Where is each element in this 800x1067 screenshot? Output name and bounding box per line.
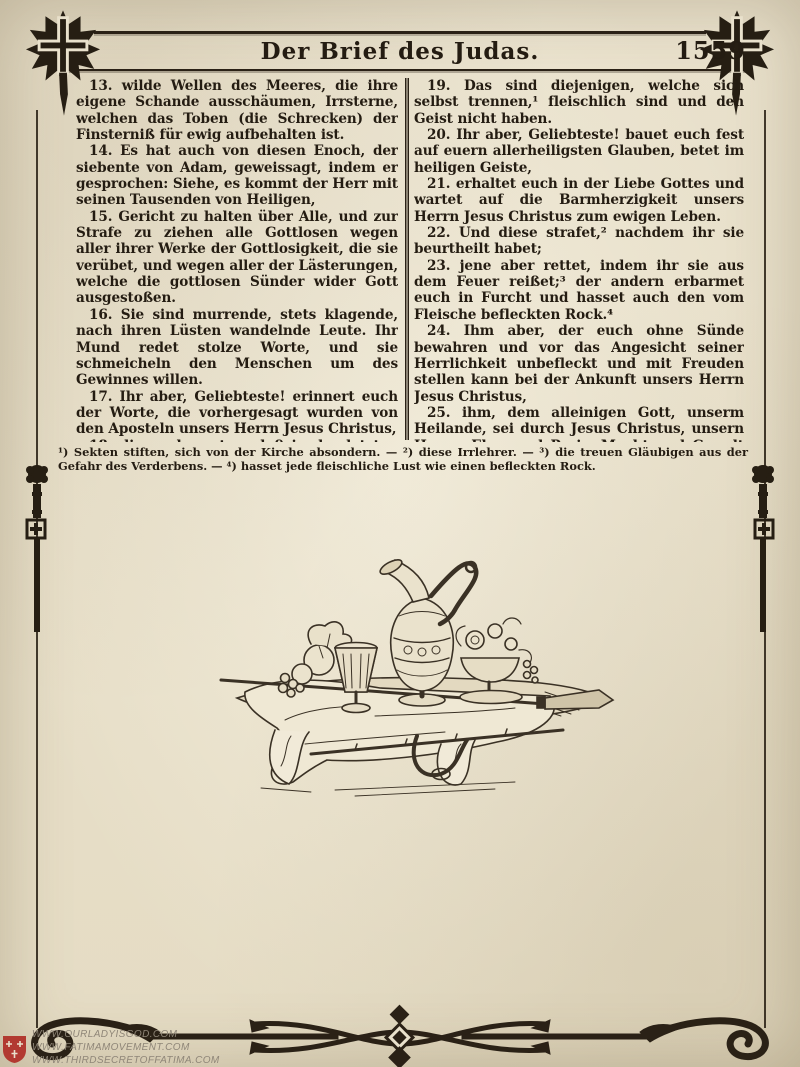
verse-25: 25. ihm, dem alleinigen Gott, unserm Hei… — [414, 405, 744, 442]
watermark-line: WWW.FATIMAMOVEMENT.COM — [32, 1041, 220, 1054]
top-border-rule — [94, 31, 706, 34]
right-column: 19. Das sind diejenigen, welche sich sel… — [414, 78, 744, 442]
baluster-ornament-icon — [750, 462, 776, 632]
watermark-urls: WWW.OURLADYISGOD.COM WWW.FATIMAMOVEMENT.… — [32, 1028, 220, 1067]
verse-13: 13. wilde Wellen des Meeres, die ihre ei… — [76, 78, 398, 143]
watermark-line: WWW.OURLADYISGOD.COM — [32, 1028, 220, 1041]
column-divider-rule — [405, 78, 409, 440]
verse-20: 20. Ihr aber, Geliebteste! bauet euch fe… — [414, 127, 744, 176]
verse-16: 16. Sie sind murrende, stets klagende, n… — [76, 307, 398, 389]
still-life-engraving — [215, 530, 630, 802]
scanned-bible-page: Der Brief des Judas. 1559 13. wilde Well… — [0, 0, 800, 1067]
verse-21: 21. erhaltet euch in der Liebe Gottes un… — [414, 176, 744, 225]
footnotes: ¹) Sekten stiften, sich von der Kirche a… — [58, 446, 748, 474]
scripture-columns: 13. wilde Wellen des Meeres, die ihre ei… — [76, 78, 744, 442]
page-number: 1559 — [675, 36, 746, 65]
verse-17: 17. Ihr aber, Geliebteste! erinnert euch… — [76, 389, 398, 438]
fatima-shield-logo — [2, 1035, 27, 1064]
watermark-line: WWW.THIRDSECRETOFFATIMA.COM — [32, 1054, 220, 1067]
left-column: 13. wilde Wellen des Meeres, die ihre ei… — [76, 78, 398, 442]
verse-14: 14. Es hat auch von diesen Enoch, der si… — [76, 143, 398, 208]
verse-19: 19. Das sind diejenigen, welche sich sel… — [414, 78, 744, 127]
baluster-ornament-icon — [24, 462, 50, 632]
verse-15: 15. Gericht zu halten über Alle, und zur… — [76, 209, 398, 307]
header-divider-rule — [58, 69, 746, 71]
verse-18: 18. die euch sagten, daß in der letzten … — [76, 438, 398, 442]
verse-23: 23. jene aber rettet, indem ihr sie aus … — [414, 258, 744, 323]
verse-22: 22. Und diese strafet,² nachdem ihr sie … — [414, 225, 744, 258]
verse-24: 24. Ihm aber, der euch ohne Sünde bewahr… — [414, 323, 744, 405]
